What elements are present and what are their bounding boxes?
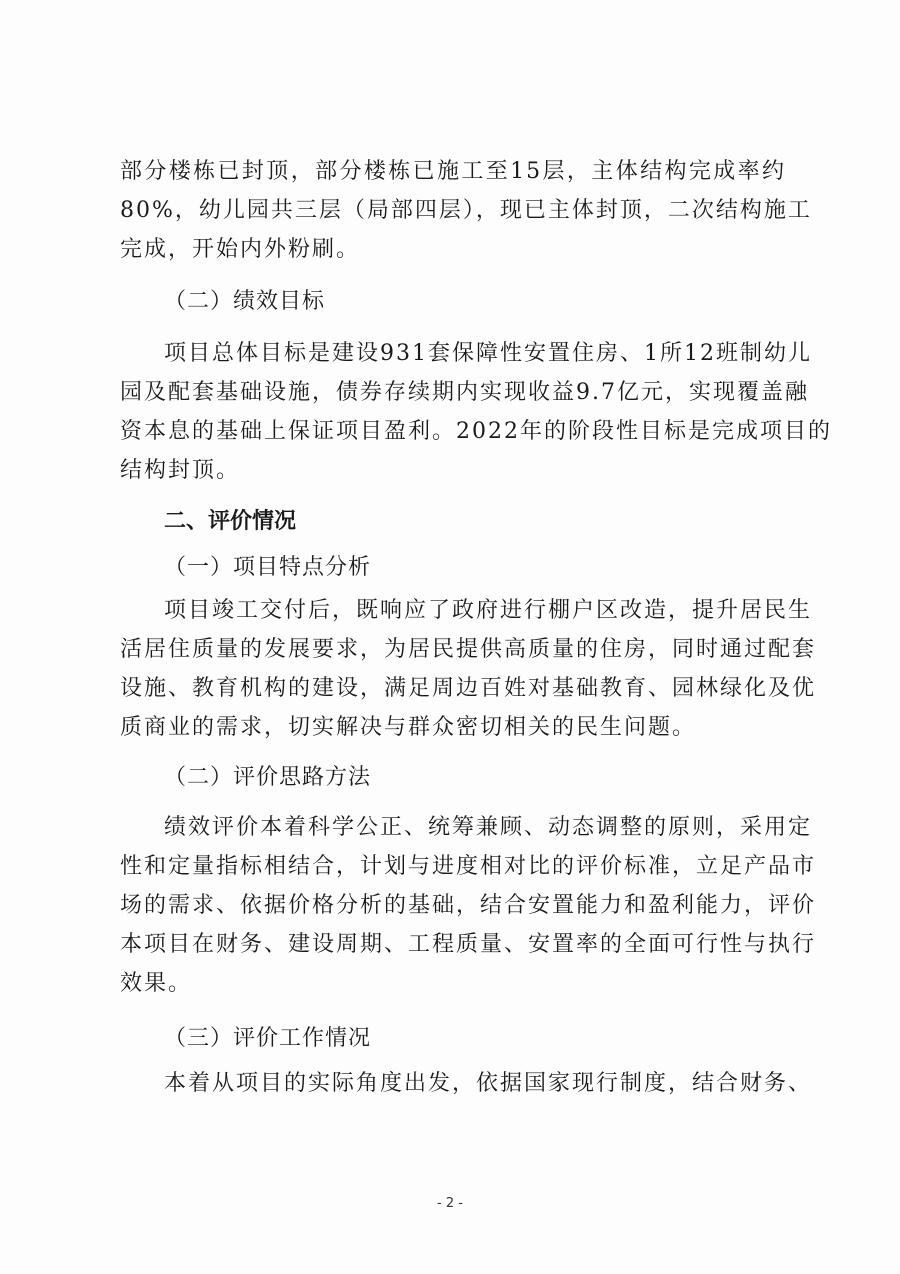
body-line: 设施、教育机构的建设，满足周边百姓对基础教育、园林绿化及优 — [120, 674, 786, 704]
section-heading-evaluation: 二、评价情况 — [164, 507, 296, 537]
body-line: 完成，开始内外粉刷。 — [120, 235, 786, 265]
body-line: 绩效评价本着科学公正、统筹兼顾、动态调整的原则，采用定 — [164, 813, 786, 843]
document-page: 部分楼栋已封顶，部分楼栋已施工至15层，主体结构完成率约 80%，幼儿园共三层（… — [0, 0, 900, 1274]
subheading-evaluation-work: （三）评价工作情况 — [164, 1024, 371, 1054]
body-line: 结构封顶。 — [120, 456, 786, 486]
body-line: 项目竣工交付后，既响应了政府进行棚户区改造，提升居民生 — [164, 596, 786, 626]
body-line: 效果。 — [120, 969, 786, 999]
body-line: 部分楼栋已封顶，部分楼栋已施工至15层，主体结构完成率约 — [120, 157, 786, 187]
body-line: 质商业的需求，切实解决与群众密切相关的民生问题。 — [120, 713, 786, 743]
subheading-evaluation-method: （二）评价思路方法 — [164, 763, 371, 793]
subheading-performance-goal: （二）绩效目标 — [164, 287, 325, 317]
body-line: 本项目在财务、建设周期、工程质量、安置率的全面可行性与执行 — [120, 930, 786, 960]
subheading-project-features: （一）项目特点分析 — [164, 553, 371, 583]
body-line: 活居住质量的发展要求，为居民提供高质量的住房，同时通过配套 — [120, 635, 786, 665]
body-line: 资本息的基础上保证项目盈利。2022年的阶段性目标是完成项目的 — [120, 417, 786, 447]
body-line: 性和定量指标相结合，计划与进度相对比的评价标准，立足产品市 — [120, 852, 786, 882]
body-line: 场的需求、依据价格分析的基础，结合安置能力和盈利能力，评价 — [120, 891, 786, 921]
page-number: - 2 - — [0, 1196, 900, 1211]
body-line: 80%，幼儿园共三层（局部四层），现已主体封顶，二次结构施工 — [120, 196, 786, 226]
body-line: 项目总体目标是建设931套保障性安置住房、1所12班制幼儿 — [164, 339, 786, 369]
body-line: 本着从项目的实际角度出发，依据国家现行制度，结合财务、 — [164, 1069, 786, 1099]
body-line: 园及配套基础设施，债券存续期内实现收益9.7亿元，实现覆盖融 — [120, 378, 786, 408]
